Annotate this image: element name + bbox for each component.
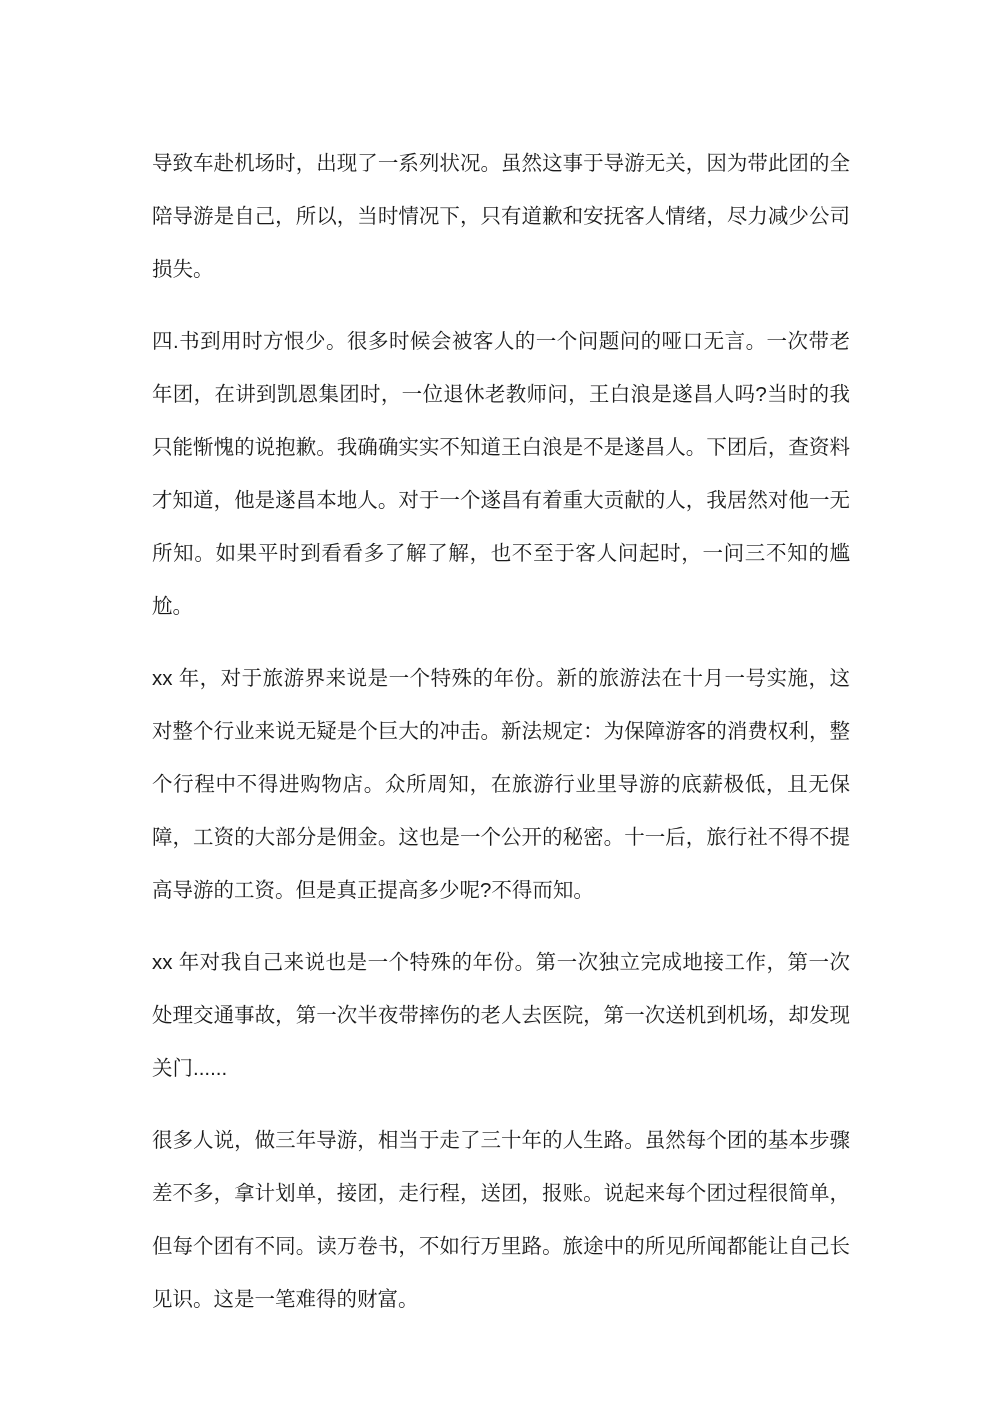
document-page: 导致车赴机场时，出现了一系列状况。虽然这事于导游无关，因为带此团的全陪导游是自己… [0,0,1000,1415]
document-body: 导致车赴机场时，出现了一系列状况。虽然这事于导游无关，因为带此团的全陪导游是自己… [152,137,850,1326]
paragraph-2: 四.书到用时方恨少。很多时候会被客人的一个问题问的哑口无言。一次带老年团，在讲到… [152,315,850,633]
paragraph-4: xx 年对我自己来说也是一个特殊的年份。第一次独立完成地接工作，第一次处理交通事… [152,936,850,1095]
paragraph-5: 很多人说，做三年导游，相当于走了三十年的人生路。虽然每个团的基本步骤差不多，拿计… [152,1114,850,1326]
paragraph-3: xx 年，对于旅游界来说是一个特殊的年份。新的旅游法在十月一号实施，这对整个行业… [152,652,850,917]
paragraph-1: 导致车赴机场时，出现了一系列状况。虽然这事于导游无关，因为带此团的全陪导游是自己… [152,137,850,296]
